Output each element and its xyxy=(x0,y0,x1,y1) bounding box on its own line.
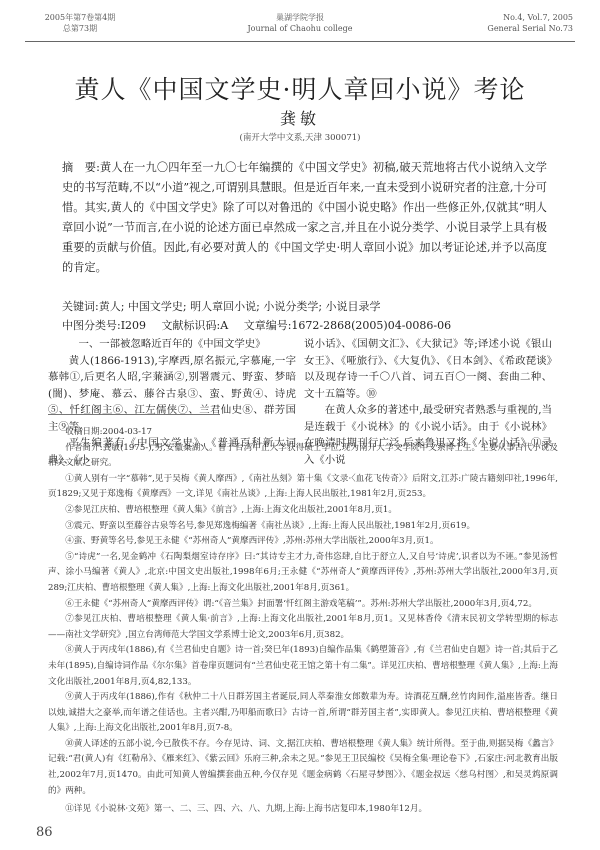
keywords-text: 黄人; 中国文学史; 明人章回小说; 小说分类学; 小说目录学 xyxy=(99,300,381,313)
article-title: 黄人《中国文学史·明人章回小说》考论 xyxy=(0,70,600,106)
footnote-7: ⑦参见江庆柏、曹培根整理《黄人集·前言》,上海:上海文化出版社,2001年8月,… xyxy=(48,612,558,643)
received-date: 收稿日期:2004-03-17 xyxy=(48,425,558,441)
author-affiliation: (南开大学中文系,天津 300071) xyxy=(0,131,600,143)
footnote-8: ⑧黄人于丙戌年(1886),有《兰君仙史自题》诗一首;癸巳年(1893)自编作品… xyxy=(48,643,558,690)
classification-line: 中图分类号:I209 文献标识码:A 文章编号:1672-2868(2005)0… xyxy=(62,317,562,333)
footnote-divider xyxy=(48,414,220,415)
footnote-2: ②参见江庆柏、曹培根整理《黄人集》《前言》,上海:上海文化出版社,2001年8月… xyxy=(48,503,558,519)
article-number: 文章编号:1672-2868(2005)04-0086-06 xyxy=(244,319,451,332)
document-code: 文献标识码:A xyxy=(162,319,229,332)
abstract: 摘 要:黄人在一九〇四年至一九〇七年编撰的《中国文学史》初稿,破天荒地将古代小说… xyxy=(62,158,547,278)
footnote-5: ⑤“诗虎”一名,见金鹤冲《石陶梨烟室诗存序》曰:“其诗专主才力,奇伟恣肆,自比于… xyxy=(48,550,558,597)
abstract-text: 黄人在一九〇四年至一九〇七年编撰的《中国文学史》初稿,破天荒地将古代小说纳入文学… xyxy=(62,161,547,274)
footnote-10: ⑩黄人译述的五部小说,今已散佚不存。今存见诗、词、文,据江庆柏、曹培根整理《黄人… xyxy=(48,737,558,799)
footnote-6: ⑥王永健《“苏州奇人”黄摩西评传》谓:“《音兰集》封面署‘忏红阁主游戏笔稿’”。… xyxy=(48,597,558,613)
header-issue-en-line2: General Serial No.73 xyxy=(487,23,573,34)
clc-number: 中图分类号:I209 xyxy=(62,319,146,332)
section-heading: 一、一部被忽略近百年的《中国文学史》 xyxy=(48,336,296,353)
body-paragraph: 说小话》、《国朝文汇》、《大狱记》等;译述小说《银山女王》、《哑旅行》、《大复仇… xyxy=(304,336,552,402)
keywords: 关键词:黄人; 中国文学史; 明人章回小说; 小说分类学; 小说目录学 xyxy=(62,298,562,314)
footnote-4: ④蛮、野黄等名号,参见王永健《“苏州奇人”黄摩西评传》,苏州:苏州大学出版社,2… xyxy=(48,534,558,550)
header-issue-info-en: No.4, Vol.7, 2005 General Serial No.73 xyxy=(487,12,573,34)
footnote-3: ③震元、野蛮以至藤谷古泉等名号,参见郑逸梅编著《南社丛谈》,上海:上海人民出版社… xyxy=(48,519,558,535)
keywords-label: 关键词: xyxy=(62,300,99,313)
body-paragraph: 黄人(1866-1913),字摩西,原名振元,字慕庵,一字慕韩①,后更名人昭,字… xyxy=(48,353,296,436)
abstract-label: 摘 要: xyxy=(62,161,100,174)
page-number: 86 xyxy=(36,825,53,840)
article-author: 龚敏 xyxy=(0,106,600,129)
header-issue-en-line1: No.4, Vol.7, 2005 xyxy=(487,12,573,23)
footnote-9: ⑨黄人于丙戌年(1886),作有《秋仲二十八日群芳国主者诞辰,同人萃秦淮女郎数辈… xyxy=(48,690,558,737)
footnote-11: ⑪详见《小说林·文苑》第一、二、三、四、六、八、九期,上海:上海书店复印本,19… xyxy=(48,802,558,818)
footnotes: 收稿日期:2004-03-17 作者简介:龚敏(1975-),男,安徽巢湖人。曾… xyxy=(48,425,558,818)
running-header: 2005年第7卷第4期 总第73期 巢湖学院学报 Journal of Chao… xyxy=(25,12,575,50)
header-divider xyxy=(25,41,575,42)
author-bio: 作者简介:龚敏(1975-),男,安徽巢湖人。曾于台湾中正大学获得硕士学位,现为… xyxy=(48,441,558,472)
footnote-1: ①黄人别有一字“慕韩”,见于吴梅《黄人摩西》,《南社丛刻》第十集《文录·〈血花飞… xyxy=(48,472,558,503)
